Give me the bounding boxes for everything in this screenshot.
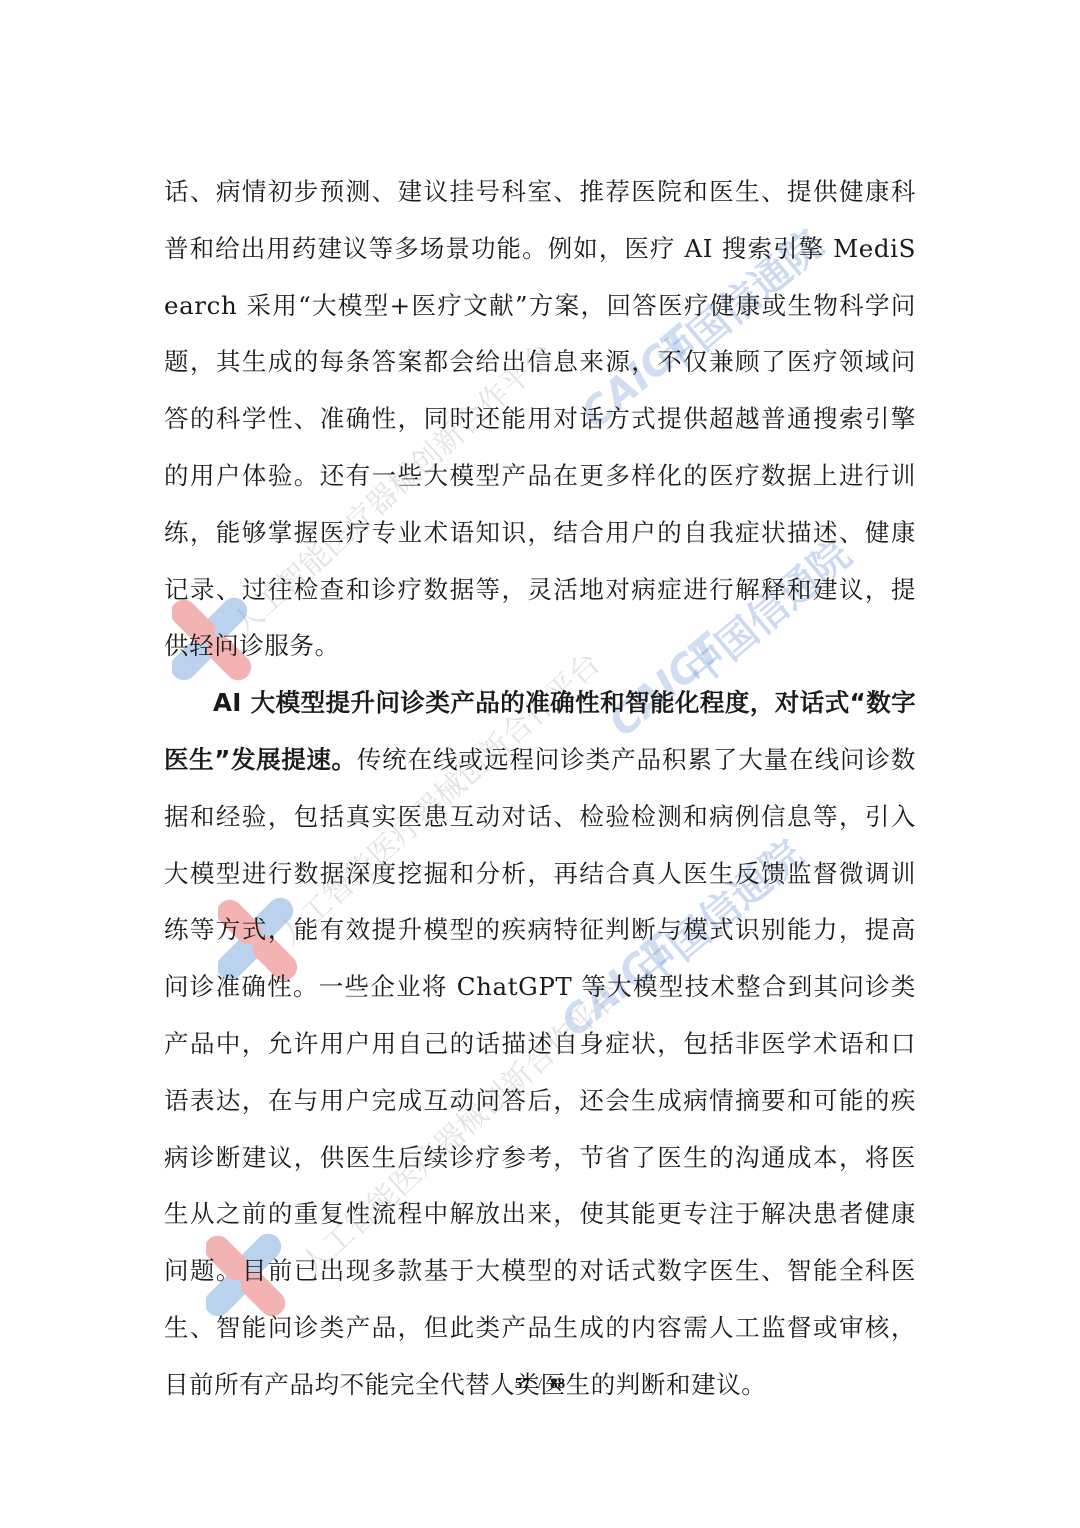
document-page: 人工智能医疗器械创新合作平台 人工智能医疗器械创新合作平台 人工智能医疗器械创新… bbox=[0, 0, 1080, 1528]
page-separator: / bbox=[538, 1376, 542, 1392]
paragraph-1: 话、病情初步预测、建议挂号科室、推荐医院和医生、提供健康科普和给出用药建议等多场… bbox=[164, 164, 916, 675]
paragraph-text: 话、病情初步预测、建议挂号科室、推荐医院和医生、提供健康科普和给出用药建议等多场… bbox=[164, 177, 916, 660]
page-number: 57/88 bbox=[0, 1376, 1080, 1393]
document-body: 话、病情初步预测、建议挂号科室、推荐医院和医生、提供健康科普和给出用药建议等多场… bbox=[164, 164, 916, 1414]
total-pages-number: 88 bbox=[550, 1376, 565, 1392]
paragraph-2: AI 大模型提升问诊类产品的准确性和智能化程度，对话式“数字医生”发展提速。传统… bbox=[164, 675, 916, 1413]
paragraph-text: 传统在线或远程问诊类产品积累了大量在线问诊数据和经验，包括真实医患互动对话、检验… bbox=[164, 745, 916, 1399]
current-page-number: 57 bbox=[515, 1376, 530, 1392]
